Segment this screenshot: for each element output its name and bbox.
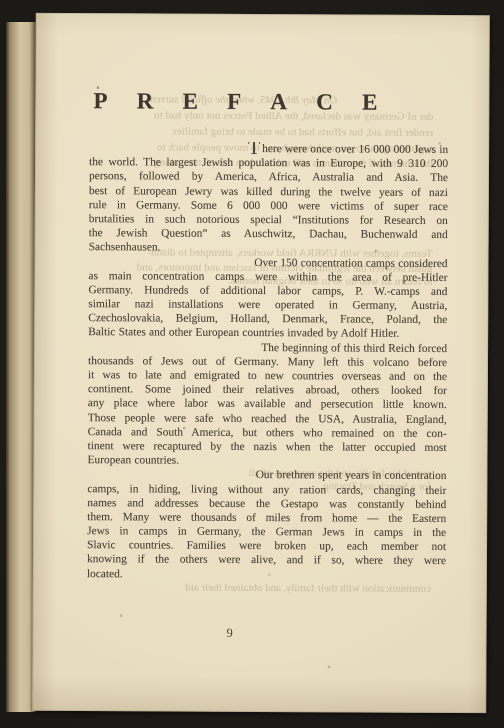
title-letter: A: [270, 90, 287, 113]
paragraph: The beginning of this third Reich forced…: [87, 340, 447, 470]
text-line: any place where labor was available and …: [88, 396, 447, 412]
text-line: best of European Jewry was killed during…: [89, 184, 448, 200]
paragraph: Our brethren spent years in concentratio…: [87, 467, 447, 582]
underlying-page-edge: [6, 22, 36, 712]
scan-background: { "document": { "title": "PREFACE", "tit…: [0, 0, 504, 728]
bleedthrough-line: communication with their family, and obt…: [73, 581, 431, 596]
text-line: knowing if the others were alive, and if…: [87, 553, 446, 569]
text-line: Baltic States and other European countri…: [88, 326, 447, 342]
drop-cap: T: [248, 141, 260, 157]
text-line: Those people were safe who reached the U…: [88, 411, 447, 427]
text-line: persons, followed by America, Africa, Au…: [89, 169, 448, 185]
text-line: Sachsenhausen.: [89, 240, 448, 256]
title-letter: R: [137, 89, 154, 112]
bleedthrough-line: render first aid, but efforts had to be …: [75, 125, 433, 140]
paragraph: There were once over 16 000 000 Jews in …: [89, 141, 449, 256]
book-page: On May 8th 1945, when the official surre…: [32, 13, 490, 713]
page-title: P R E F A C E: [93, 89, 377, 113]
text-line: European countries.: [87, 453, 446, 469]
line-text: here were once over 16 000 000 Jews in: [262, 143, 448, 156]
text-line: located.: [87, 567, 446, 583]
title-letter: E: [362, 91, 377, 114]
paragraph: Over 150 concentration camps considered …: [88, 255, 447, 342]
preface-body: There were once over 16 000 000 Jews in …: [87, 141, 448, 583]
title-letter: E: [182, 90, 197, 113]
title-letter: C: [316, 90, 333, 113]
page-number: 9: [219, 626, 241, 641]
title-letter: F: [227, 90, 241, 113]
text-line: camps, in hiding, living without any rat…: [87, 482, 446, 498]
title-letter: P: [93, 89, 107, 112]
